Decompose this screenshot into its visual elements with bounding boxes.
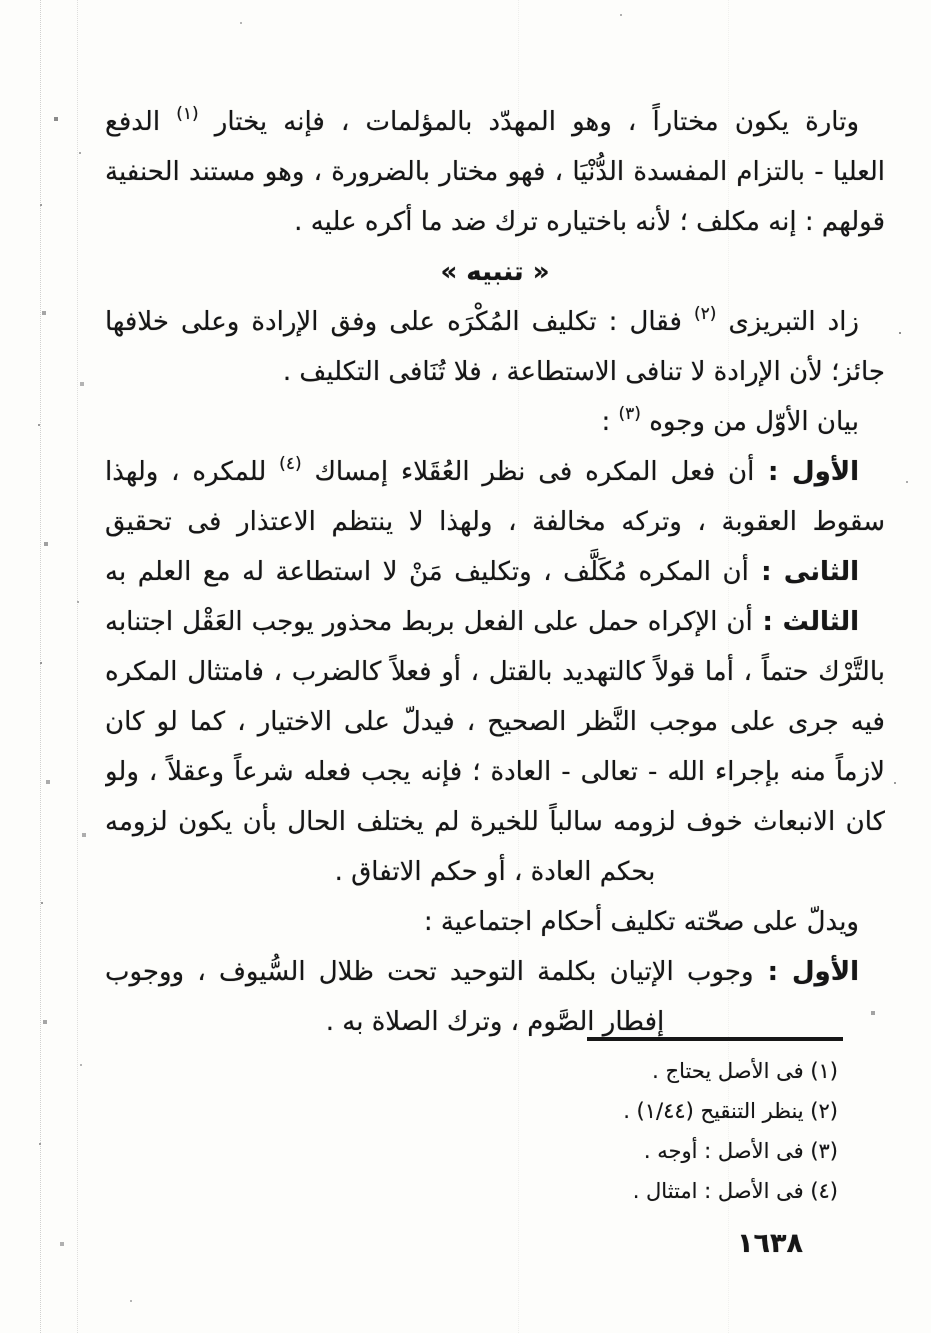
footnote-marker: (٢)	[694, 304, 716, 324]
scan-noise	[0, 0, 2, 2]
footnote-separator	[587, 1037, 843, 1041]
scanned-book-page: وتارة يكون مختاراً ، وهو المهدّد بالمؤلم…	[0, 0, 931, 1333]
text-line: جائز؛ لأن الإرادة لا تنافى الاستطاعة ، ف…	[105, 347, 885, 397]
text-line: الأول : وجوب الإتيان بكلمة التوحيد تحت ظ…	[105, 947, 885, 997]
scan-artifact-line	[77, 0, 78, 1333]
text-line: العليا - بالتزام المفسدة الدُّنْيَا ، فه…	[105, 147, 885, 197]
text-segment: الثانى :	[749, 557, 859, 587]
footnote: (٣) فى الأصل : أوجه .	[623, 1131, 838, 1171]
text-segment: أن المكره مُكَلَّف ، وتكليف مَنْ لا استط…	[105, 557, 859, 597]
text-line: الثانى : أن المكره مُكَلَّف ، وتكليف مَن…	[105, 547, 885, 597]
text-segment: :	[601, 407, 618, 437]
text-segment: أن الإكراه حمل على الفعل بربط محذور يوجب…	[105, 607, 753, 637]
text-segment: الثالث :	[753, 607, 859, 637]
footnotes-block: (١) فى الأصل يحتاج .(٢) ينظر التنقيح (١/…	[623, 1051, 838, 1211]
footnote-marker: (٤)	[279, 454, 301, 474]
text-segment: بحكم العادة ، أو حكم الاتفاق .	[335, 857, 656, 887]
text-segment: زاد التبريزى	[716, 307, 859, 337]
text-line: فيه جرى على موجب النَّظر الصحيح ، فيدلّ …	[105, 697, 885, 747]
text-line: كان الانبعاث خوف لزومه سالباً للخيرة لم …	[105, 797, 885, 847]
text-segment: كان الانبعاث خوف لزومه سالباً للخيرة لم …	[105, 807, 885, 837]
text-line: لازماً منه بإجراء الله - تعالى - العادة …	[105, 747, 885, 797]
text-segment: وجوب الإتيان بكلمة التوحيد تحت ظلال السُ…	[105, 957, 754, 987]
text-segment: إفطار الصَّوم ، وترك الصلاة به .	[326, 1007, 665, 1037]
text-segment: ويدلّ على صحّته تكليف أحكام اجتماعية :	[424, 907, 859, 937]
text-segment: جائز؛ لأن الإرادة لا تنافى الاستطاعة ، ف…	[283, 357, 885, 387]
text-line: بحكم العادة ، أو حكم الاتفاق .	[105, 847, 885, 897]
text-segment: العليا - بالتزام المفسدة الدُّنْيَا ، فه…	[105, 157, 885, 197]
text-line: زاد التبريزى (٢) فقال : تكليف المُكْرَه …	[105, 297, 885, 347]
footnote-marker: (٣)	[619, 404, 641, 424]
text-segment: الأول :	[754, 957, 859, 987]
text-line: بيان الأوّل من وجوه (٣) :	[105, 397, 885, 447]
text-line: وتارة يكون مختاراً ، وهو المهدّد بالمؤلم…	[105, 97, 885, 147]
text-line: الأول : أن فعل المكره فى نظر العُقَلاء إ…	[105, 447, 885, 497]
text-line: قولهم : إنه مكلف ؛ لأنه باختياره ترك ضد …	[105, 197, 885, 247]
text-segment: أن فعل المكره فى نظر العُقَلاء إمساك	[302, 457, 755, 487]
text-segment: بالتَّرْك حتماً ، أما قولاً كالتهديد بال…	[105, 657, 885, 687]
scan-artifact-line	[40, 0, 41, 1333]
text-line: سقوط العقوبة ، وتركه مخالفة ، ولهذا لا ي…	[105, 497, 885, 547]
text-segment: لازماً منه بإجراء الله - تعالى - العادة …	[105, 757, 885, 787]
text-line: ويدلّ على صحّته تكليف أحكام اجتماعية :	[105, 897, 885, 947]
footnote: (٤) فى الأصل : امتثال .	[623, 1171, 838, 1211]
body-text: وتارة يكون مختاراً ، وهو المهدّد بالمؤلم…	[105, 97, 885, 1047]
text-segment: وتارة يكون مختاراً ، وهو المهدّد بالمؤلم…	[199, 107, 859, 137]
text-segment: فقال : تكليف المُكْرَه على وفق الإرادة و…	[105, 307, 694, 337]
text-segment: الأول :	[754, 457, 859, 487]
footnote: (١) فى الأصل يحتاج .	[623, 1051, 838, 1091]
text-line: الثالث : أن الإكراه حمل على الفعل بربط م…	[105, 597, 885, 647]
page-number: ١٦٣٨	[737, 1228, 803, 1259]
text-line: بالتَّرْك حتماً ، أما قولاً كالتهديد بال…	[105, 647, 885, 697]
text-segment: فيه جرى على موجب النَّظر الصحيح ، فيدلّ …	[105, 707, 885, 737]
text-segment: « تنبيه »	[440, 257, 549, 287]
text-line: « تنبيه »	[105, 247, 885, 297]
text-segment: قولهم : إنه مكلف ؛ لأنه باختياره ترك ضد …	[294, 207, 885, 237]
footnote: (٢) ينظر التنقيح (١/٤٤) .	[623, 1091, 838, 1131]
text-segment: بيان الأوّل من وجوه	[641, 407, 859, 437]
footnote-marker: (١)	[176, 104, 198, 124]
text-segment: سقوط العقوبة ، وتركه مخالفة ، ولهذا لا ي…	[105, 507, 885, 547]
